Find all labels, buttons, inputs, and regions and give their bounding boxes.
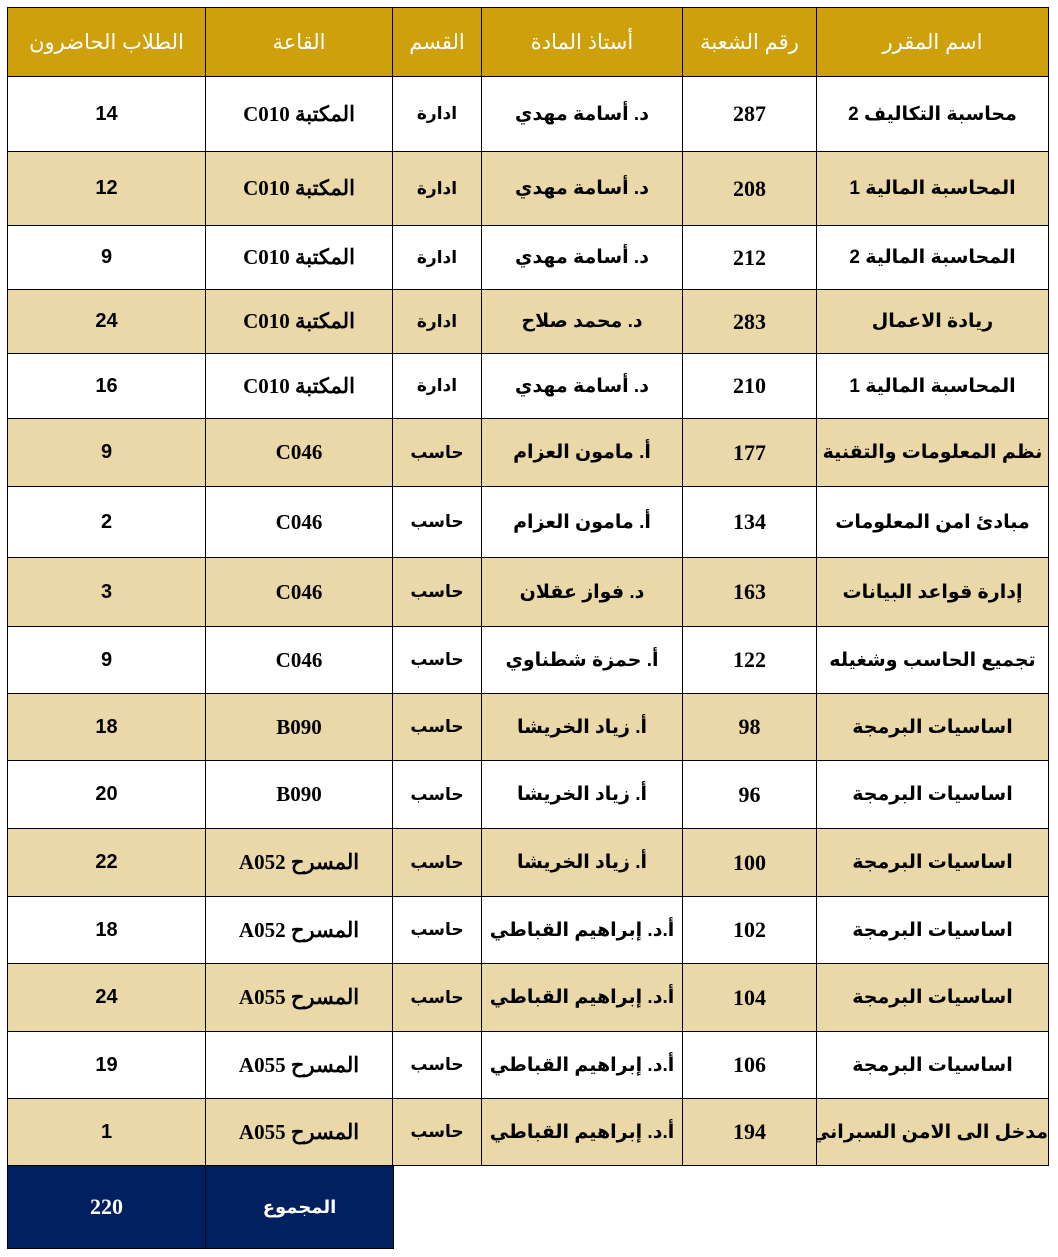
cell-attendees: 3 [8,558,206,627]
total-row: 220 المجموع [7,1165,394,1249]
cell-section: 98 [683,694,817,761]
cell-section: 122 [683,627,817,694]
cell-section: 177 [683,419,817,487]
cell-course: اساسيات البرمجة [817,694,1049,761]
cell-attendees: 18 [8,694,206,761]
cell-hall: C046 [206,627,393,694]
cell-hall: المكتبة C010 [206,152,393,226]
cell-attendees: 2 [8,487,206,558]
cell-attendees: 12 [8,152,206,226]
cell-section: 287 [683,77,817,152]
cell-hall: C046 [206,558,393,627]
cell-section: 96 [683,761,817,829]
cell-department: حاسب [393,627,482,694]
header-attendees: الطلاب الحاضرون [8,8,206,77]
cell-department: ادارة [393,290,482,354]
cell-instructor: أ. زياد الخريشا [482,761,683,829]
header-row: الطلاب الحاضرون القاعة القسم أستاذ الماد… [8,8,1049,77]
cell-section: 100 [683,829,817,897]
table-row: 18B090حاسبأ. زياد الخريشا98اساسيات البرم… [8,694,1049,761]
total-label: المجموع [206,1166,394,1249]
table-row: 18المسرح A052حاسبأ.د. إبراهيم القباطي102… [8,897,1049,964]
cell-instructor: أ.د. إبراهيم القباطي [482,964,683,1032]
cell-instructor: أ. زياد الخريشا [482,694,683,761]
cell-section: 212 [683,226,817,290]
cell-instructor: أ. مامون العزام [482,487,683,558]
cell-hall: B090 [206,694,393,761]
cell-department: حاسب [393,694,482,761]
cell-department: حاسب [393,964,482,1032]
cell-department: ادارة [393,354,482,419]
cell-hall: المكتبة C010 [206,226,393,290]
cell-hall: C046 [206,487,393,558]
cell-department: حاسب [393,1099,482,1166]
table-row: 9C046حاسبأ. مامون العزام177نظم المعلومات… [8,419,1049,487]
cell-department: حاسب [393,829,482,897]
header-section: رقم الشعبة [683,8,817,77]
cell-section: 106 [683,1032,817,1099]
cell-department: حاسب [393,897,482,964]
cell-hall: B090 [206,761,393,829]
table-row: 24المسرح A055حاسبأ.د. إبراهيم القباطي104… [8,964,1049,1032]
cell-attendees: 18 [8,897,206,964]
cell-attendees: 16 [8,354,206,419]
cell-attendees: 24 [8,290,206,354]
cell-department: حاسب [393,1032,482,1099]
cell-hall: المكتبة C010 [206,77,393,152]
cell-section: 194 [683,1099,817,1166]
cell-attendees: 22 [8,829,206,897]
cell-section: 104 [683,964,817,1032]
header-hall: القاعة [206,8,393,77]
cell-course: المحاسبة المالية 1 [817,152,1049,226]
cell-department: ادارة [393,77,482,152]
cell-attendees: 9 [8,627,206,694]
cell-instructor: أ.د. إبراهيم القباطي [482,1032,683,1099]
cell-instructor: د. أسامة مهدي [482,354,683,419]
cell-hall: المسرح A055 [206,1099,393,1166]
cell-hall: المسرح A052 [206,829,393,897]
cell-attendees: 14 [8,77,206,152]
table-row: 9المكتبة C010ادارةد. أسامة مهدي212المحاس… [8,226,1049,290]
header-department: القسم [393,8,482,77]
cell-instructor: أ. حمزة شطناوي [482,627,683,694]
cell-hall: المسرح A055 [206,964,393,1032]
cell-attendees: 19 [8,1032,206,1099]
cell-course: اساسيات البرمجة [817,761,1049,829]
table-row: 22المسرح A052حاسبأ. زياد الخريشا100اساسي… [8,829,1049,897]
header-course: اسم المقرر [817,8,1049,77]
cell-course: اساسيات البرمجة [817,829,1049,897]
cell-attendees: 9 [8,419,206,487]
cell-department: ادارة [393,152,482,226]
cell-section: 102 [683,897,817,964]
cell-hall: المسرح A055 [206,1032,393,1099]
cell-attendees: 1 [8,1099,206,1166]
table-row: 2C046حاسبأ. مامون العزام134مبادئ امن الم… [8,487,1049,558]
cell-section: 134 [683,487,817,558]
cell-instructor: أ.د. إبراهيم القباطي [482,1099,683,1166]
cell-hall: المكتبة C010 [206,354,393,419]
table-row: 1المسرح A055حاسبأ.د. إبراهيم القباطي194م… [8,1099,1049,1166]
table-row: 19المسرح A055حاسبأ.د. إبراهيم القباطي106… [8,1032,1049,1099]
attendance-table: الطلاب الحاضرون القاعة القسم أستاذ الماد… [7,7,1049,1166]
cell-instructor: د. فواز عقلان [482,558,683,627]
cell-department: حاسب [393,761,482,829]
cell-course: تجميع الحاسب وشغيله [817,627,1049,694]
cell-course: مبادئ امن المعلومات [817,487,1049,558]
cell-instructor: د. محمد صلاح [482,290,683,354]
table-row: 20B090حاسبأ. زياد الخريشا96اساسيات البرم… [8,761,1049,829]
header-instructor: أستاذ المادة [482,8,683,77]
cell-course: اساسيات البرمجة [817,964,1049,1032]
cell-attendees: 20 [8,761,206,829]
cell-section: 163 [683,558,817,627]
cell-course: اساسيات البرمجة [817,1032,1049,1099]
table-row: 16المكتبة C010ادارةد. أسامة مهدي210المحا… [8,354,1049,419]
cell-hall: المسرح A052 [206,897,393,964]
cell-course: مدخل الى الامن السبراني [817,1099,1049,1166]
cell-section: 210 [683,354,817,419]
cell-course: محاسبة التكاليف 2 [817,77,1049,152]
cell-instructor: أ. زياد الخريشا [482,829,683,897]
cell-section: 208 [683,152,817,226]
cell-instructor: أ.د. إبراهيم القباطي [482,897,683,964]
table-row: 14المكتبة C010ادارةد. أسامة مهدي287محاسب… [8,77,1049,152]
cell-department: حاسب [393,419,482,487]
table-row: 3C046حاسبد. فواز عقلان163إدارة قواعد الب… [8,558,1049,627]
cell-instructor: د. أسامة مهدي [482,226,683,290]
cell-course: المحاسبة المالية 2 [817,226,1049,290]
cell-instructor: أ. مامون العزام [482,419,683,487]
cell-course: اساسيات البرمجة [817,897,1049,964]
cell-hall: C046 [206,419,393,487]
cell-attendees: 9 [8,226,206,290]
cell-instructor: د. أسامة مهدي [482,152,683,226]
cell-course: نظم المعلومات والتقنية [817,419,1049,487]
cell-course: إدارة قواعد البيانات [817,558,1049,627]
cell-section: 283 [683,290,817,354]
cell-department: ادارة [393,226,482,290]
cell-department: حاسب [393,487,482,558]
total-value: 220 [8,1166,206,1249]
cell-course: ريادة الاعمال [817,290,1049,354]
cell-course: المحاسبة المالية 1 [817,354,1049,419]
cell-hall: المكتبة C010 [206,290,393,354]
table-row: 24المكتبة C010ادارةد. محمد صلاح283ريادة … [8,290,1049,354]
table-row: 12المكتبة C010ادارةد. أسامة مهدي208المحا… [8,152,1049,226]
cell-department: حاسب [393,558,482,627]
table-row: 9C046حاسبأ. حمزة شطناوي122تجميع الحاسب و… [8,627,1049,694]
cell-attendees: 24 [8,964,206,1032]
cell-instructor: د. أسامة مهدي [482,77,683,152]
